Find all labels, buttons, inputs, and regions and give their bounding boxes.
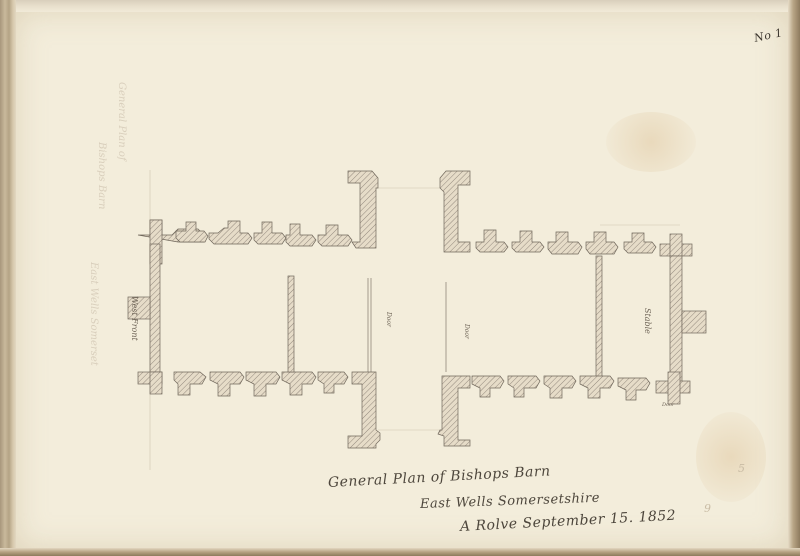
east-south-porch: [438, 376, 470, 446]
pencil-mark: 5: [738, 462, 745, 475]
east-end-buttress: [682, 311, 706, 333]
west-south-porch: [348, 372, 380, 448]
drawing-page: No 1 General Plan of Bishops Barn East W…: [16, 12, 788, 548]
binding-edge-bottom: [0, 548, 800, 556]
east-north-porch: [440, 171, 470, 252]
west-end-wall: [150, 244, 160, 374]
label-west-front: West Front: [130, 296, 139, 341]
faint-margin-note: General Plan of: [116, 82, 127, 161]
label-door: Door: [385, 312, 392, 327]
binding-edge-left: [0, 0, 16, 556]
label-door: Door: [662, 402, 674, 408]
faint-margin-note: Bishops Barn: [96, 142, 107, 209]
floor-plan: [16, 12, 788, 548]
east-end-wall: [670, 256, 682, 386]
west-partition: [288, 276, 294, 372]
walls: [128, 171, 706, 448]
faint-margin-note: East Wells Somerset: [88, 262, 99, 366]
west-north-porch: [348, 171, 378, 248]
paper-sheet: No 1 General Plan of Bishops Barn East W…: [0, 0, 800, 556]
binding-edge-right: [788, 0, 800, 556]
label-stable: Stable: [643, 308, 652, 334]
east-partition: [596, 256, 602, 380]
pencil-mark: 9: [704, 502, 711, 515]
label-door: Door: [463, 324, 470, 339]
